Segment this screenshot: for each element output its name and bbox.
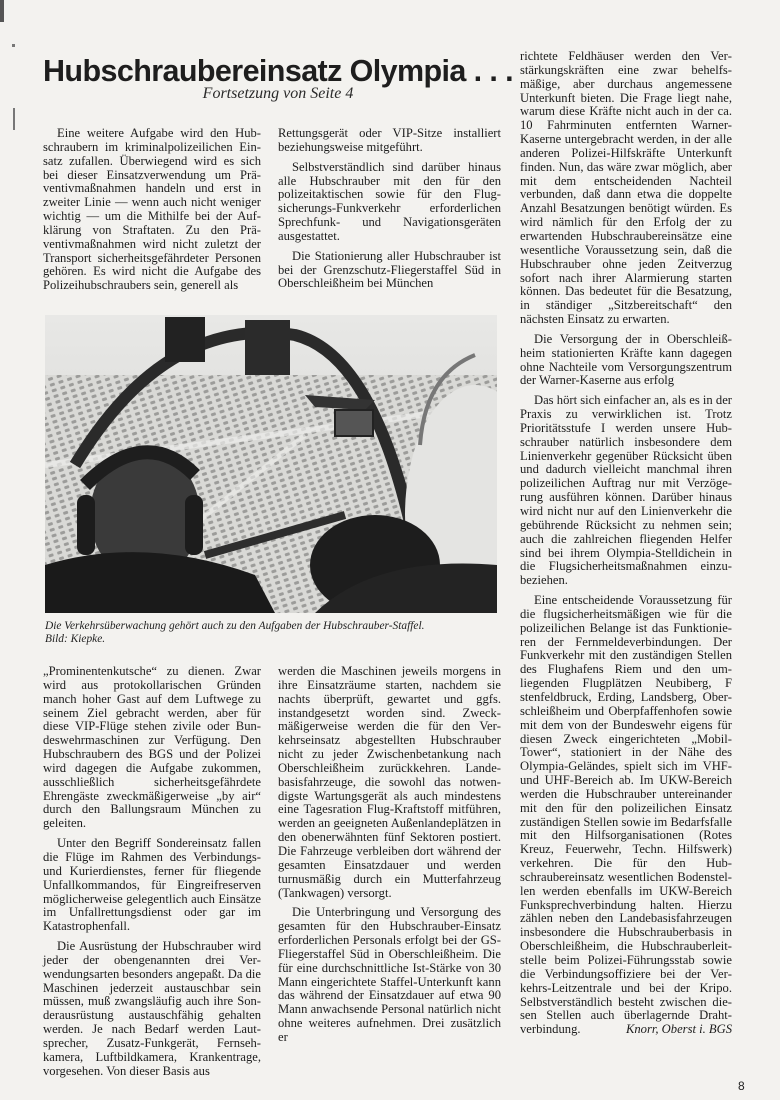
paragraph: Unter den Begriff Sondereinsatz fal­len …: [43, 837, 261, 934]
photo-caption: Die Verkehrsüberwachung gehört auch zu d…: [45, 620, 505, 646]
photo-credit: Bild: Kiepke.: [45, 633, 505, 646]
page-edge-mark: [0, 0, 4, 22]
paragraph: Die Ausrüstung der Hubschrauber wird jed…: [43, 940, 261, 1078]
author-signature: Knorr, Oberst i. BGS: [612, 1023, 732, 1037]
paragraph: Das hört sich einfacher an, als es in de…: [520, 394, 732, 588]
article-subtitle: Fortsetzung von Seite 4: [43, 85, 513, 103]
article-title: Hubschraubereinsatz Olympia . . .: [43, 54, 513, 88]
paragraph: Die Unterbringung und Versorgung des ges…: [278, 906, 501, 1044]
helicopter-cockpit-image: [45, 315, 497, 613]
column-upper-middle: Rettungsgerät oder VIP-Sitze installiert…: [278, 127, 501, 291]
column-right: richtete Feldhäuser werden den Ver­stärk…: [520, 50, 732, 1037]
paragraph: „Prominentenkutsche“ zu dienen. Zwar wir…: [43, 665, 261, 831]
paragraph: Die Versorgung der in Oberschleiß­heim s…: [520, 333, 732, 388]
caption-text: Die Verkehrsüberwachung gehört auch zu d…: [45, 620, 505, 633]
page-number: 8: [738, 1079, 745, 1093]
cockpit-photo: [45, 315, 497, 613]
paragraph-text: Eine entscheidende Voraussetzung für die…: [520, 593, 732, 1036]
paragraph: Eine weitere Aufgabe wird den Hub­schrau…: [43, 127, 261, 293]
scan-artifact: [13, 108, 15, 130]
scan-artifact: [12, 44, 15, 47]
paragraph: Rettungsgerät oder VIP-Sitze installiert…: [278, 127, 501, 155]
column-upper-left: Eine weitere Aufgabe wird den Hub­schrau…: [43, 127, 261, 293]
paragraph: Selbstverständlich sind darüber hin­aus …: [278, 161, 501, 244]
column-lower-left: „Prominentenkutsche“ zu dienen. Zwar wir…: [43, 665, 261, 1078]
paragraph: Eine entscheidende Voraussetzung für die…: [520, 594, 732, 1037]
paragraph: Die Stationierung aller Hubschrauber ist…: [278, 250, 501, 292]
paragraph: werden die Maschinen jeweils morgens in …: [278, 665, 501, 900]
column-lower-middle: werden die Maschinen jeweils morgens in …: [278, 665, 501, 1045]
paragraph: richtete Feldhäuser werden den Ver­stärk…: [520, 50, 732, 327]
